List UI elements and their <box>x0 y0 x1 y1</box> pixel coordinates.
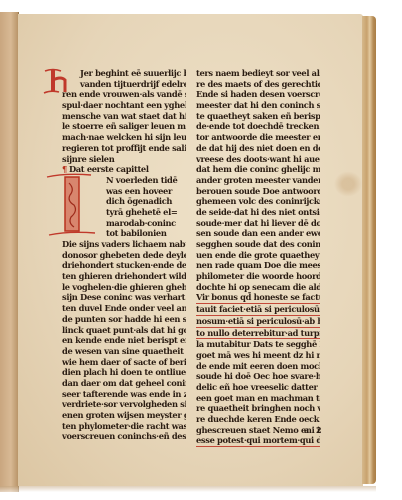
text-line: de punten sor hadde hi een sonder= <box>62 314 186 325</box>
text-line: tor antwoorde die meester ende sei <box>196 132 320 143</box>
text-line: mensche van wat staet dat hi si·ve= <box>62 111 186 122</box>
text-line: re duechde keren Ende oeck wane <box>196 414 320 425</box>
text-line: Ende si haden desen voerscreuen <box>196 89 320 100</box>
text-line: voerscreuen coninchs·eñ des meel= <box>62 431 186 442</box>
text-line: dochte hi op senecam die aldus seyt <box>196 282 320 293</box>
text-line: sen soude dan een ander ewerheyt <box>196 228 320 239</box>
text-line: delic eñ hoe vreeselic datter waer: <box>196 382 320 393</box>
text-line: tot babilonien <box>62 228 186 239</box>
text-line: ren ende vrouwen·als vandē scaec <box>62 89 186 100</box>
latin-quote-line: to nullo deterrebitur·ad turpia nul <box>196 328 320 340</box>
text-line: ghemeen volc des coninrijcks en= <box>196 196 320 207</box>
text-line: te quaetheyt saken eñ berispē wou <box>196 111 320 122</box>
text-line: de ende mit eeren doen mochte dat <box>196 361 320 372</box>
latin-quote-line: tauit faciet·etiā si periculosū si dā <box>196 304 320 316</box>
text-line: ters naem bedieyt sor veel als eē mi <box>196 68 320 79</box>
text-line: uen ende die grote quaetheyt van si <box>196 250 320 261</box>
text-line: donosor ghebeten dede deylen in <box>62 250 186 261</box>
text-line: Die sijns vaders lichaem nabugo= <box>62 239 186 250</box>
signature-mark: a 2 <box>304 425 324 435</box>
text-line: goet mā wes hi meent dz hi mit go <box>196 350 320 361</box>
text-line: seer tafterende was ende in zwaren <box>62 389 186 400</box>
text-line: en kende ende niet berispt en wou= <box>62 335 186 346</box>
text-line: de wesen van sine quaetheit Ende <box>62 346 186 357</box>
text-line: driehondert stucken·ende dede te= <box>62 260 186 271</box>
text-column-right: ters naem bedieyt sor veel als eē mi re … <box>196 68 320 447</box>
latin-quote-line: Vir bonus qd̄ honeste se facturū pu <box>196 292 320 304</box>
text-line: wie hem daer of sacte of berispede <box>62 357 186 368</box>
text-line: ander groten meester vanden live <box>196 175 320 186</box>
text-line: soude·mer dat hi liever dē doot kie <box>196 218 320 229</box>
text-line: vanden tijtuerdrijf edelre he <box>62 79 186 90</box>
text-line: een goet man en machman tot geen <box>196 393 320 404</box>
text-line: re quaetheit bringhen noch vā gee <box>196 403 320 414</box>
text-line: nen rade quam Doe die meester <box>196 260 320 271</box>
text-line: marodab·coninc <box>62 218 186 229</box>
text-line: dan daer om dat geheel coninrijc <box>62 378 186 389</box>
text-line: la mutabitur Dats te segghē Een <box>196 339 320 350</box>
text-line: mach·nae welcken hi sijn leuen sal <box>62 132 186 143</box>
text-line: dich ōgenadich <box>62 196 186 207</box>
text-line: re des maets of des gerechtichets <box>196 79 320 90</box>
text-line: ghescreuen staet Nemo eni iustus <box>196 425 320 436</box>
text-line: was een hoveer <box>62 186 186 197</box>
chapter-heading: ¶Dat eerste capittel <box>62 164 186 175</box>
chapter-heading-text: Dat eerste capittel <box>69 164 149 174</box>
text-line: spul·daer nochtant een yghelijck <box>62 100 186 111</box>
text-line: N voerleden tidē <box>62 175 186 186</box>
text-line: sijnre sielen <box>62 154 186 165</box>
text-line: vreese des doots·want hi auer had= <box>196 154 320 165</box>
text-line: linck quaet punt·als dat hi god nz <box>62 325 186 336</box>
text-line: sijn Dese coninc was verhart mit= <box>62 292 186 303</box>
text-line: ten phylometer·die racht was des <box>62 421 186 432</box>
text-line: dat hem die coninc ghelijc menigē <box>196 164 320 175</box>
book-photograph: Jer beghint eē suuerlijc boec vanden tij… <box>0 0 402 500</box>
latin-quote-line: nosum·etiā si periculosū·ab honesto <box>196 316 320 328</box>
page-shadow <box>0 486 376 492</box>
text-line: ten duvel Ende onder veel and qua <box>62 303 186 314</box>
text-line: de·ende tot doechdē trecken ware <box>196 121 320 132</box>
text-column-left: Jer beghint eē suuerlijc boec vanden tij… <box>62 68 186 442</box>
paragraph-mark-icon: ¶ <box>62 164 67 174</box>
text-line: berouen soude Doe antwoorde dz <box>196 186 320 197</box>
text-line: segghen soude dat des coninchs le= <box>196 239 320 250</box>
text-line: ten ghieren driehondert wilde vue= <box>62 271 186 282</box>
latin-quote-line: esse potest·qui mortem·qui dolorē <box>196 435 320 447</box>
text-line: verdriete·sor vervolgheden sijt an <box>62 399 186 410</box>
text-line: le stoerre eñ saliger leuen mit neme <box>62 121 186 132</box>
left-page-edge <box>0 12 19 492</box>
text-line: le voghelen·die ghieren gheheten <box>62 282 186 293</box>
right-page-edges <box>362 16 376 484</box>
text-line: soude hi doē Oec hoe svare·hoe scae <box>196 371 320 382</box>
text-line: tyrā ghehetē el= <box>62 207 186 218</box>
text-line: Jer beghint eē suuerlijc boec <box>62 68 186 79</box>
text-line: de dat hij des niet doen en dorste ō <box>196 143 320 154</box>
text-line: dien plach hi doen te ontliuen Als <box>62 367 186 378</box>
text-line: de seide·dat hi des niet ontsien en <box>196 207 320 218</box>
text-line: enen groten wijsen meyster ghehe= <box>62 410 186 421</box>
text-line: philometer die woorde hoorde sor <box>196 271 320 282</box>
text-line: meester dat hi den coninch sine gro <box>196 100 320 111</box>
text-line: regieren tot proffijt ende salicheyt <box>62 143 186 154</box>
